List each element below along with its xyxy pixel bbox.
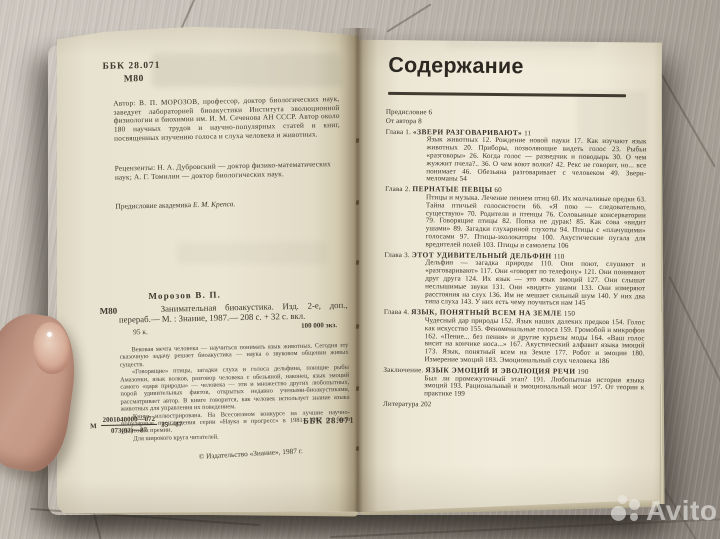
catalog-author: Морозов В. П.	[148, 290, 221, 302]
toc-conclusion-detail: Был ли промежуточный этап? 191. Любопытн…	[424, 375, 644, 401]
index-suffix: 35—87	[161, 420, 182, 428]
author-note: Автор: В. П. МОРОЗОВ, профессор, доктор …	[113, 95, 340, 143]
annotation-paragraph: Вековая мечта человека — научиться поним…	[119, 342, 348, 369]
floor-plank-seam	[93, 512, 103, 539]
show-through-text	[152, 53, 342, 87]
book-page-right: Содержание Предисловие 6 От автора 8 Гла…	[357, 36, 662, 512]
index-numerator: 2001040000—072	[101, 415, 158, 426]
avito-wordmark: Avito	[646, 495, 717, 527]
reviewers-note: Рецензенты: Н. А. Дубровский — доктор фи…	[115, 160, 347, 182]
index-fraction: 2001040000—072 073(02)—87	[101, 415, 158, 435]
avito-logo-icon	[610, 494, 643, 528]
annotation-paragraph: Книга иллюстрирована. На Всесоюзном конк…	[121, 408, 350, 435]
bbk-code-top: ББК 28.071	[102, 61, 160, 72]
publishing-index: М 2001040000—072 073(02)—87 35—87	[90, 414, 182, 435]
preface-note: Предисловие академика Е. М. Крепса.	[115, 199, 235, 211]
book-page-left: ББК 28.071 М80 Автор: В. П. МОРОЗОВ, про…	[57, 27, 358, 513]
toc-chapter-heading: Глава 4. ЯЗЫК, ПОНЯТНЫЙ ВСЕМ НА ЗЕМЛЕ 15…	[384, 308, 647, 319]
toc-conclusion-heading: Заключение. ЯЗЫК ЭМОЦИЙ И ЭВОЛЮЦИЯ РЕЧИ …	[383, 366, 646, 377]
toc-chapter-detail: Птицы и музыка. Лечение пением птиц 60. …	[426, 194, 647, 251]
floor-plank-seam	[669, 276, 720, 394]
annotation-paragraph: «Говорящие» птицы, загадки слуха и голос…	[120, 364, 350, 413]
catalog-entry: Занимательная биоакустика. Изд. 2-е, доп…	[119, 300, 348, 326]
toc-chapter-heading: Глава 3. ЭТОТ УДИВИТЕЛЬНЫЙ ДЕЛЬФИН 110	[384, 250, 647, 261]
table-of-contents: Предисловие 6 От автора 8 Глава 1. «ЗВЕР…	[383, 109, 649, 412]
catalog-letter-code: М80	[124, 74, 144, 84]
index-letter: М	[90, 422, 97, 430]
floor-plank-seam	[386, 3, 431, 32]
toc-item: От автора 8	[386, 118, 649, 128]
preface-author-name: Е. М. Крепса.	[193, 199, 235, 209]
hand-thumb	[0, 310, 78, 474]
toc-chapter-heading: Глава 2. ПЕРНАТЫЕ ПЕВЦЫ 60	[385, 185, 648, 196]
toc-chapter-detail: Язык животных 12. Рождение новой науки 1…	[426, 137, 646, 186]
show-through-text	[577, 91, 647, 161]
annotation-paragraph: Для широкого круга читателей.	[121, 431, 350, 443]
show-through-text	[177, 242, 327, 264]
book-photo-scene: ББК 28.071 М80 Автор: В. П. МОРОЗОВ, про…	[0, 0, 720, 539]
annotation-block: Вековая мечта человека — научиться поним…	[119, 342, 350, 443]
index-denominator: 073(02)—87	[101, 425, 158, 435]
toc-chapter-detail: Чудесный дар природы 152. Язык наших дал…	[424, 317, 644, 366]
copyright-line: © Издательство «Знание», 1987 г.	[199, 446, 303, 461]
toc-chapter-detail: Дельфин — загадка природы 110. Они поют,…	[425, 260, 645, 309]
title-underline-rule	[388, 92, 626, 97]
floor-plank-seam	[654, 63, 716, 168]
catalog-index: М80	[100, 306, 118, 316]
bbk-code-bottom: ББК 28.071	[303, 415, 355, 426]
toc-item-literature: Литература 202	[383, 401, 646, 411]
toc-item: Предисловие 6	[386, 109, 649, 119]
print-run-label: 100 000 экз.	[301, 321, 337, 330]
avito-watermark: Avito	[610, 494, 717, 528]
thumb-nail-highlight	[47, 332, 52, 337]
toc-title: Содержание	[388, 53, 524, 79]
toc-chapter-heading: Глава 1. «ЗВЕРИ РАЗГОВАРИВАЮТ» 11	[386, 127, 649, 138]
price-label: 95 к.	[133, 327, 148, 336]
